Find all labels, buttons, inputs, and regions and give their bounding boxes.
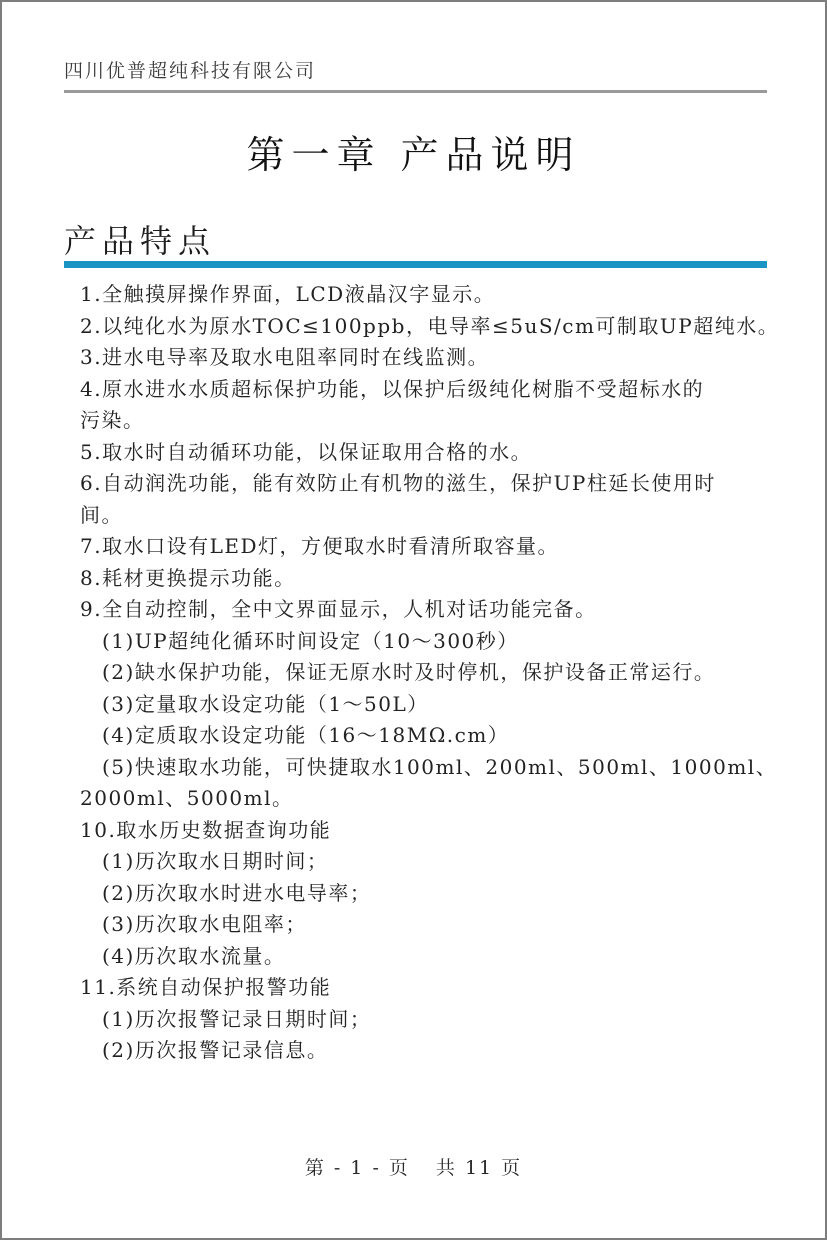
footer-total-pages: 共 11 页 [436,1157,522,1179]
text-line: (5)快速取水功能，可快捷取水100ml、200ml、500ml、1000ml、 [80,752,767,784]
text-line: 3.进水电导率及取水电阻率同时在线监测。 [80,342,767,374]
text-line: (4)定质取水设定功能（16～18MΩ.cm） [80,720,767,752]
feature-list: 1.全触摸屏操作界面，LCD液晶汉字显示。2.以纯化水为原水TOC≤100ppb… [80,279,767,1067]
document-page: 四川优普超纯科技有限公司 第一章 产品说明 产品特点 1.全触摸屏操作界面，LC… [0,0,827,1240]
header-divider-line [64,90,767,93]
text-line: 9.全自动控制，全中文界面显示，人机对话功能完备。 [80,594,767,626]
text-line: 1.全触摸屏操作界面，LCD液晶汉字显示。 [80,279,767,311]
text-line: (3)历次取水电阻率； [80,909,767,941]
text-line: 6.自动润洗功能，能有效防止有机物的滋生，保护UP柱延长使用时 [80,468,767,500]
text-line: 7.取水口设有LED灯，方便取水时看清所取容量。 [80,531,767,563]
text-line: (3)定量取水设定功能（1～50L） [80,689,767,721]
text-line: (1)历次取水日期时间； [80,846,767,878]
text-line: 8.耗材更换提示功能。 [80,563,767,595]
company-name: 四川优普超纯科技有限公司 [64,62,767,81]
text-line: 5.取水时自动循环功能，以保证取用合格的水。 [80,437,767,469]
text-line: 间。 [80,500,767,532]
text-line: 11.系统自动保护报警功能 [80,972,767,1004]
text-line: (2)历次报警记录信息。 [80,1035,767,1067]
chapter-title: 第一章 产品说明 [2,135,825,177]
section-title: 产品特点 [64,224,216,259]
footer-page-number: 第 - 1 - 页 [305,1157,410,1179]
text-line: (1)历次报警记录日期时间； [80,1004,767,1036]
text-line: 污染。 [80,405,767,437]
text-line: (4)历次取水流量。 [80,941,767,973]
text-line: 2.以纯化水为原水TOC≤100ppb，电导率≤5uS/cm可制取UP超纯水。 [80,311,767,343]
page-footer: 第 - 1 - 页共 11 页 [2,1157,825,1180]
section-divider-line [64,261,767,268]
text-line: (2)缺水保护功能，保证无原水时及时停机，保护设备正常运行。 [80,657,767,689]
text-line: (2)历次取水时进水电导率； [80,878,767,910]
text-line: (1)UP超纯化循环时间设定（10～300秒） [80,626,767,658]
text-line: 10.取水历史数据查询功能 [80,815,767,847]
text-line: 4.原水进水水质超标保护功能，以保护后级纯化树脂不受超标水的 [80,374,767,406]
text-line: 2000ml、5000ml。 [80,783,767,815]
